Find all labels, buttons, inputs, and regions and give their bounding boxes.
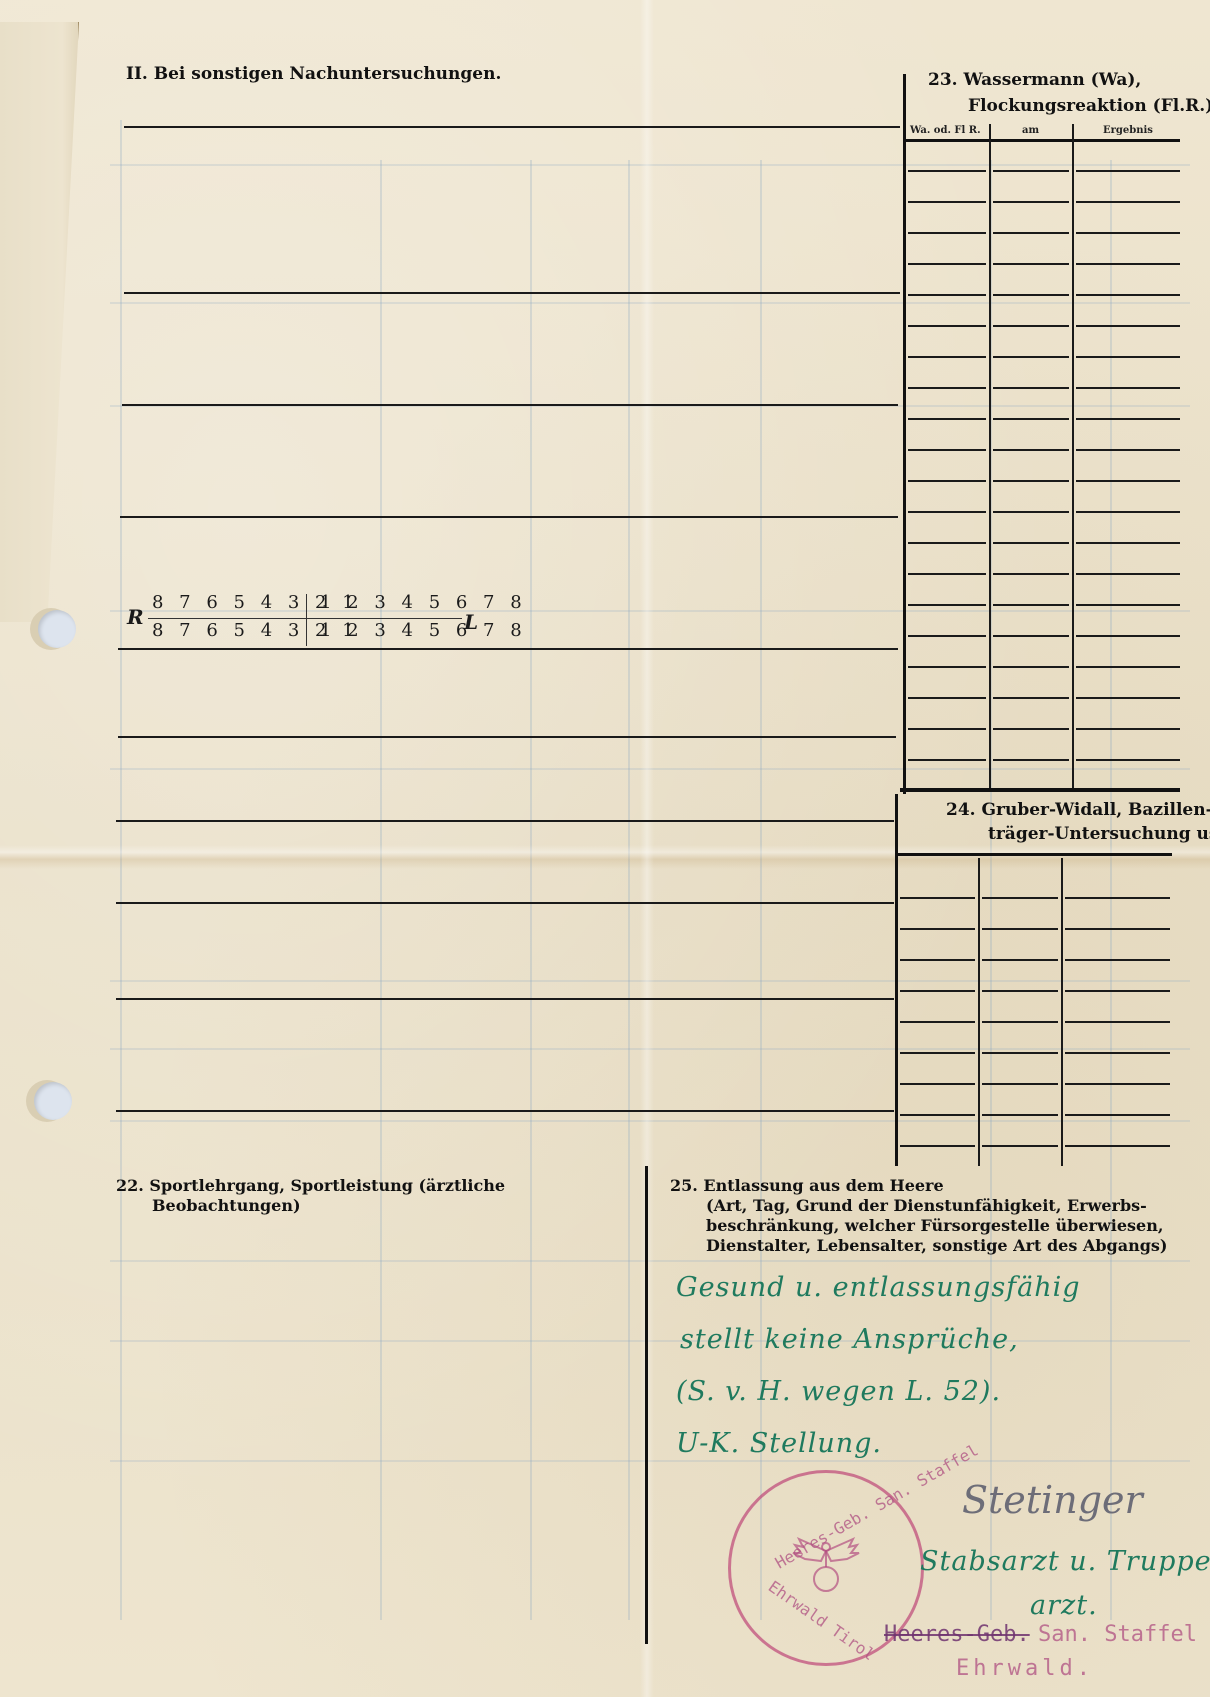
table-row-line (1076, 449, 1180, 451)
handwritten-line-3: (S. v. H. wegen L. 52). (676, 1376, 1001, 1407)
dental-divider-horizontal (148, 618, 462, 619)
table-row-line (993, 542, 1069, 544)
table-row-line (993, 666, 1069, 668)
section-22-title-line1: Sportlehrgang, Sportleistung (ärztliche (149, 1176, 505, 1195)
table-row-line (900, 1114, 975, 1116)
table-row-line (1065, 1114, 1170, 1116)
table-row-line (1076, 666, 1180, 668)
table-row-line (1076, 387, 1180, 389)
bleed-line (380, 160, 382, 1620)
section-24-title-line2: träger-Untersuchung usw. (988, 824, 1210, 845)
table-row-line (993, 232, 1069, 234)
section-22-title-line2: Beobachtungen) (116, 1196, 301, 1215)
signatory-title-line1: Stabsarzt u. Truppen- (920, 1546, 1210, 1577)
table-row-line (908, 170, 986, 172)
table-row-line (908, 387, 986, 389)
table-row-line (993, 604, 1069, 606)
table-row-line (908, 666, 986, 668)
column-border (645, 1166, 648, 1644)
table-row-line (900, 1052, 975, 1054)
table-row-line (1065, 928, 1170, 930)
column-divider (1072, 124, 1074, 790)
table-row-line (1076, 759, 1180, 761)
table-row-line (908, 511, 986, 513)
table-row-line (1065, 897, 1170, 899)
table-row-line (1076, 170, 1180, 172)
table-row-line (1076, 294, 1180, 296)
section-25-line2: (Art, Tag, Grund der Dienstunfähigkeit, … (670, 1196, 1147, 1216)
table-row-line (1076, 542, 1180, 544)
writing-line (116, 1110, 894, 1112)
table-row-line (982, 897, 1058, 899)
table-row-line (1065, 1083, 1170, 1085)
table-row-line (900, 1145, 975, 1147)
dental-left-label: L (464, 610, 478, 634)
table-row-line (993, 170, 1069, 172)
table-row-line (1076, 263, 1180, 265)
table-row-line (1076, 511, 1180, 513)
table-row-line (1076, 635, 1180, 637)
section-22-title: 22. Sportlehrgang, Sportleistung (ärztli… (116, 1176, 596, 1216)
column-header-date: am (1022, 125, 1039, 136)
table-row-line (908, 294, 986, 296)
table-row-line (908, 697, 986, 699)
table-row-line (908, 201, 986, 203)
table-row-line (993, 387, 1069, 389)
table-row-line (900, 897, 975, 899)
table-row-line (908, 356, 986, 358)
section-25-number: 25. (670, 1176, 698, 1195)
table-row-line (993, 728, 1069, 730)
table-row-line (900, 1021, 975, 1023)
table-row-line (1076, 480, 1180, 482)
table-row-line (900, 928, 975, 930)
table-row-line (1065, 1145, 1170, 1147)
table-row-line (1065, 990, 1170, 992)
section-24-title: 24. Gruber-Widall, Bazillen- (946, 800, 1210, 821)
table-row-line (982, 928, 1058, 930)
bleed-line (1110, 160, 1112, 1620)
handwritten-line-1: Gesund u. entlassungsfähig (676, 1272, 1081, 1303)
table-row-line (900, 1083, 975, 1085)
table-row-line (908, 418, 986, 420)
signatory-title-line2: arzt. (1030, 1590, 1098, 1621)
table-row-line (1065, 1052, 1170, 1054)
table-row-line (993, 573, 1069, 575)
section-24-title-line1: Gruber-Widall, Bazillen- (982, 800, 1210, 820)
punch-hole (38, 610, 76, 648)
punch-hole (34, 1082, 72, 1120)
section-divider (900, 788, 1180, 792)
table-row-line (993, 511, 1069, 513)
table-row-line (982, 1021, 1058, 1023)
table-row-line (900, 959, 975, 961)
section-23-title-line1: Wassermann (Wa), (964, 70, 1142, 90)
table-row-line (993, 325, 1069, 327)
table-row-line (993, 263, 1069, 265)
section-22-number: 22. (116, 1176, 144, 1195)
unit-stamp-struck-text: Heeres-Geb. (884, 1622, 1030, 1647)
writing-line (116, 820, 894, 822)
signature: Stetinger (962, 1478, 1143, 1522)
table-row-line (908, 728, 986, 730)
writing-line (118, 648, 898, 650)
writing-line (122, 404, 898, 406)
table-row-line (1065, 1021, 1170, 1023)
table-row-line (1076, 201, 1180, 203)
column-divider (1061, 858, 1063, 1166)
table-row-line (908, 542, 986, 544)
header-rule (906, 139, 1180, 142)
table-row-line (908, 449, 986, 451)
teeth-upper-left: 1 2 3 4 5 6 7 8 (320, 592, 527, 613)
section-24-number: 24. (946, 800, 976, 820)
table-row-line (993, 635, 1069, 637)
table-row-line (908, 480, 986, 482)
table-row-line (993, 294, 1069, 296)
table-row-line (1076, 697, 1180, 699)
header-rule (898, 853, 1172, 856)
table-row-line (908, 325, 986, 327)
table-row-line (993, 480, 1069, 482)
writing-line (116, 902, 894, 904)
table-row-line (908, 573, 986, 575)
section-ii-title: II. Bei sonstigen Nachuntersuchungen. (126, 64, 501, 85)
table-row-line (1076, 325, 1180, 327)
unit-stamp-line1: San. Staffel (1038, 1622, 1197, 1647)
folded-flap (0, 22, 79, 622)
table-row-line (993, 418, 1069, 420)
table-row-line (1076, 232, 1180, 234)
table-row-line (993, 356, 1069, 358)
handwritten-line-4: U-K. Stellung. (676, 1428, 882, 1459)
table-row-line (993, 449, 1069, 451)
section-25-title-line1: Entlassung aus dem Heere (703, 1176, 943, 1195)
table-row-line (993, 697, 1069, 699)
table-row-line (982, 1114, 1058, 1116)
section-25-line4: Dienstalter, Lebensalter, sonstige Art d… (670, 1236, 1167, 1256)
column-divider (978, 858, 980, 1166)
table-row-line (900, 990, 975, 992)
table-row-line (1076, 728, 1180, 730)
section-23-title: 23. Wassermann (Wa), (928, 70, 1141, 91)
column-header-result: Ergebnis (1103, 125, 1153, 136)
writing-line (124, 126, 900, 128)
column-header-test: Wa. od. Fl R. (910, 125, 981, 136)
table-row-line (908, 635, 986, 637)
table-row-line (993, 201, 1069, 203)
section-25-line3: beschränkung, welcher Fürsorgestelle übe… (670, 1216, 1163, 1236)
table-row-line (982, 990, 1058, 992)
table-row-line (908, 604, 986, 606)
paper-fold (0, 845, 1210, 869)
column-border (903, 74, 906, 794)
table-row-line (1076, 418, 1180, 420)
table-row-line (982, 1052, 1058, 1054)
table-row-line (982, 1083, 1058, 1085)
table-row-line (982, 959, 1058, 961)
writing-line (118, 736, 896, 738)
column-divider (989, 124, 991, 790)
table-row-line (1076, 573, 1180, 575)
writing-line (116, 998, 894, 1000)
section-25-title: 25. Entlassung aus dem Heere (Art, Tag, … (670, 1176, 1200, 1256)
writing-line (124, 292, 900, 294)
dental-right-label: R (127, 605, 144, 629)
section-23-title-line2: Flockungsreaktion (Fl.R.) (968, 96, 1210, 117)
column-border (895, 794, 898, 1166)
bleed-line (530, 160, 532, 1620)
table-row-line (1076, 356, 1180, 358)
handwritten-line-2: stellt keine Ansprüche, (680, 1324, 1019, 1355)
table-row-line (908, 263, 986, 265)
table-row-line (1076, 604, 1180, 606)
teeth-lower-left: 1 2 3 4 5 6 7 8 (320, 620, 527, 641)
table-row-line (1065, 959, 1170, 961)
table-row-line (982, 1145, 1058, 1147)
table-row-line (993, 759, 1069, 761)
bleed-line (628, 160, 630, 1620)
table-row-line (908, 232, 986, 234)
section-23-number: 23. (928, 70, 958, 90)
dental-divider-vertical (306, 594, 307, 646)
unit-stamp-line2: Ehrwald. (956, 1656, 1094, 1681)
writing-line (120, 516, 898, 518)
bleed-line (120, 120, 122, 1620)
table-row-line (908, 759, 986, 761)
